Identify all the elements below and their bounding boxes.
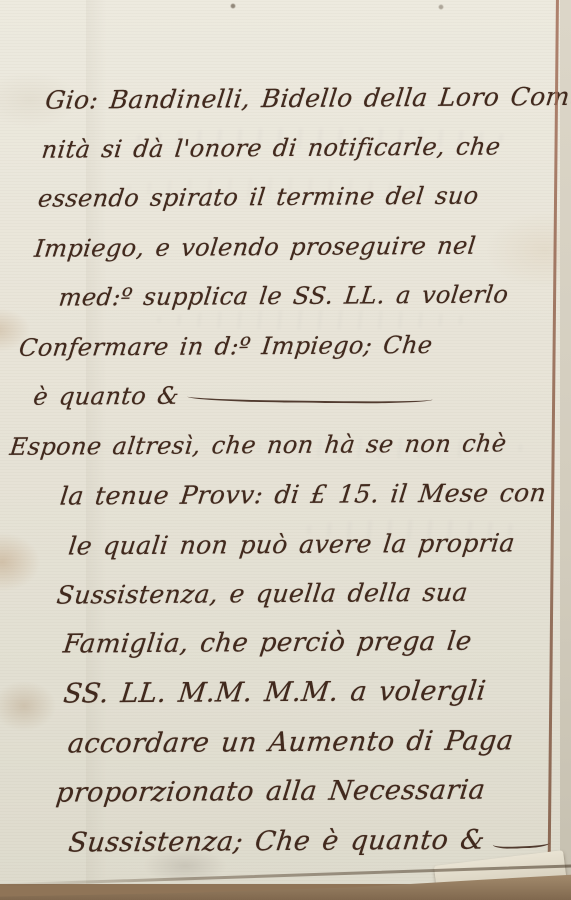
- manuscript-photo: { "colors": { "paper": "#e8e4d8", "ink":…: [0, 0, 571, 900]
- manuscript-line: è quanto &: [33, 369, 559, 422]
- manuscript-line: proporzionato alla Necessaria: [56, 765, 562, 818]
- manuscript-line-text: med:º supplica le SS. LL. a volerlo: [56, 270, 511, 323]
- manuscript-line: essendo spirato il termine del suo: [38, 171, 558, 224]
- manuscript-text-block: Gio: Bandinelli, Bidello della Loro Comu…: [5, 72, 563, 868]
- manuscript-line-text: Famiglia, che perciò prega le: [60, 617, 474, 669]
- ink-rule: [187, 389, 432, 404]
- manuscript-line-text: Confermare in d:º Impiego; Che: [16, 320, 435, 372]
- manuscript-line: Espone altresì, che non hà se non chè: [10, 419, 560, 472]
- ink-rule: [493, 835, 551, 849]
- manuscript-line: SS. LL. M.M. M.M. a volergli: [63, 666, 561, 719]
- manuscript-line-text: Gio: Bandinelli, Bidello della Loro Comu…: [43, 72, 571, 125]
- manuscript-line-text: SS. LL. M.M. M.M. a volergli: [61, 667, 489, 719]
- manuscript-line-text: Sussistenza; Che è quanto &: [66, 815, 488, 867]
- manuscript-line-text: essendo spirato il termine del suo: [35, 172, 481, 225]
- manuscript-line: Impiego, e volendo proseguire nel: [34, 221, 558, 274]
- manuscript-line-text: è quanto &: [31, 372, 182, 423]
- manuscript-line: Sussistenza, e quella della sua: [57, 567, 561, 620]
- manuscript-line-text: nità si dà l'onore di notificarle, che: [39, 122, 503, 175]
- manuscript-line: Famiglia, che perciò prega le: [63, 617, 561, 670]
- manuscript-line-text: Impiego, e volendo proseguire nel: [32, 221, 479, 274]
- manuscript-line: nità si dà l'onore di notificarle, che: [42, 122, 558, 175]
- manuscript-line: le quali non può avere la propria: [68, 518, 560, 571]
- manuscript-line-text: la tenue Provv: di £ 15. il Mese con: [57, 468, 549, 521]
- manuscript-line-text: Sussistenza, e quella della sua: [54, 568, 471, 620]
- manuscript-line: Confermare in d:º Impiego; Che: [19, 320, 559, 373]
- manuscript-line: Gio: Bandinelli, Bidello della Loro Comu…: [45, 72, 557, 125]
- manuscript-line: med:º supplica le SS. LL. a volerlo: [59, 270, 559, 323]
- manuscript-line-text: proporzionato alla Necessaria: [53, 766, 488, 819]
- paper-sheet: Gio: Bandinelli, Bidello della Loro Comu…: [0, 0, 560, 884]
- manuscript-line-text: accordare un Aumento di Paga: [65, 716, 516, 769]
- manuscript-line-text: Espone altresì, che non hà se non chè: [7, 419, 509, 472]
- manuscript-line: la tenue Provv: di £ 15. il Mese con: [60, 468, 560, 521]
- manuscript-line-text: le quali non può avere la propria: [66, 518, 518, 571]
- manuscript-line: accordare un Aumento di Paga: [68, 716, 562, 769]
